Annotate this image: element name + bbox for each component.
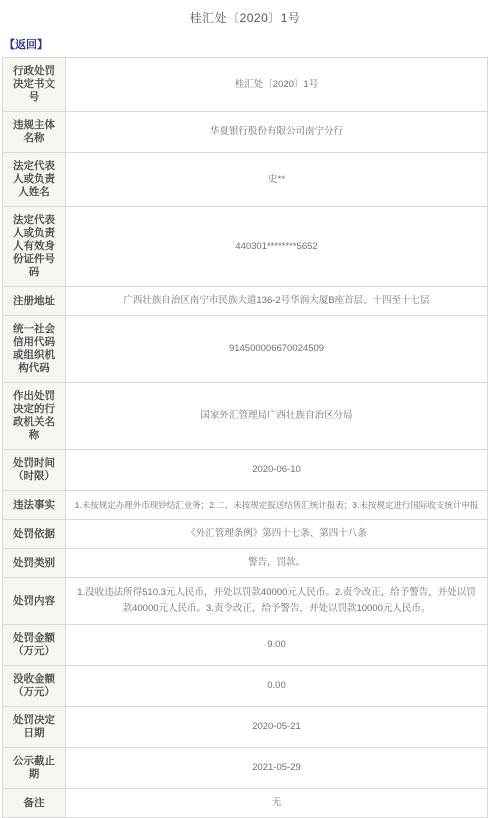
row-penalty-category: 处罚类别 警告，罚款。 <box>3 549 488 578</box>
row-penalty-category-label: 处罚类别 <box>3 549 66 578</box>
row-penalty-content-value: 1.没收违法所得510.3元人民币，并处以罚款40000元人民币。2.责令改正，… <box>66 578 488 625</box>
back-link[interactable]: 【返回】 <box>4 36 48 52</box>
row-penalty-time-value: 2020-06-10 <box>66 450 488 491</box>
row-authority-name-label: 作出处罚决定的行政机关名称 <box>3 383 66 450</box>
row-authority-name: 作出处罚决定的行政机关名称 国家外汇管理局广西壮族自治区分局 <box>3 383 488 450</box>
row-credit-code: 统一社会信用代码或组织机构代码 914500006670024509 <box>3 316 488 383</box>
row-penalty-time: 处罚时间（时限） 2020-06-10 <box>3 450 488 491</box>
row-penalty-amount-value: 9.00 <box>66 625 488 666</box>
row-decision-date-label: 处罚决定日期 <box>3 707 66 748</box>
row-entity-name-label: 违规主体名称 <box>3 112 66 153</box>
row-violation-facts: 违法事实 1.未按规定办理外币现钞结汇业务；2.二、未按规定报送结售汇统计报表；… <box>3 491 488 520</box>
row-entity-name-value: 华夏银行股份有限公司南宁分行 <box>66 112 488 153</box>
row-penalty-category-value: 警告，罚款。 <box>66 549 488 578</box>
row-legal-rep-name-label: 法定代表人或负责人姓名 <box>3 153 66 207</box>
row-publicity-deadline-value: 2021-05-29 <box>66 748 488 789</box>
page-title: 桂汇处〔2020〕1号 <box>0 0 490 32</box>
row-credit-code-label: 统一社会信用代码或组织机构代码 <box>3 316 66 383</box>
row-confiscation-amount: 没收金额（万元） 0.00 <box>3 666 488 707</box>
row-legal-rep-id-label: 法定代表人或负责人有效身份证件号码 <box>3 207 66 287</box>
row-doc-number-label: 行政处罚决定书文号 <box>3 58 66 112</box>
back-row: 【返回】 <box>0 32 490 57</box>
row-violation-facts-label: 违法事实 <box>3 491 66 520</box>
row-legal-rep-name-value: 史** <box>66 153 488 207</box>
row-penalty-basis-value: 《外汇管理条例》第四十七条、第四十八条 <box>66 520 488 549</box>
row-confiscation-amount-label: 没收金额（万元） <box>3 666 66 707</box>
row-registered-address: 注册地址 广西壮族自治区南宁市民族大道136-2号华润大厦B座首层、十四至十七层 <box>3 287 488 316</box>
row-registered-address-label: 注册地址 <box>3 287 66 316</box>
row-decision-date-value: 2020-05-21 <box>66 707 488 748</box>
row-credit-code-value: 914500006670024509 <box>66 316 488 383</box>
row-authority-name-value: 国家外汇管理局广西壮族自治区分局 <box>66 383 488 450</box>
row-registered-address-value: 广西壮族自治区南宁市民族大道136-2号华润大厦B座首层、十四至十七层 <box>66 287 488 316</box>
penalty-record-page: 桂汇处〔2020〕1号 【返回】 行政处罚决定书文号 桂汇处〔2020〕1号 违… <box>0 0 490 818</box>
row-penalty-amount-label: 处罚金额（万元） <box>3 625 66 666</box>
row-violation-facts-value: 1.未按规定办理外币现钞结汇业务；2.二、未按规定报送结售汇统计报表；3.未按规… <box>66 491 488 520</box>
row-penalty-basis: 处罚依据 《外汇管理条例》第四十七条、第四十八条 <box>3 520 488 549</box>
row-confiscation-amount-value: 0.00 <box>66 666 488 707</box>
row-entity-name: 违规主体名称 华夏银行股份有限公司南宁分行 <box>3 112 488 153</box>
row-remarks: 备注 无 <box>3 789 488 818</box>
row-remarks-value: 无 <box>66 789 488 818</box>
row-penalty-content: 处罚内容 1.没收违法所得510.3元人民币，并处以罚款40000元人民币。2.… <box>3 578 488 625</box>
row-doc-number-value: 桂汇处〔2020〕1号 <box>66 58 488 112</box>
row-publicity-deadline-label: 公示截止期 <box>3 748 66 789</box>
row-penalty-basis-label: 处罚依据 <box>3 520 66 549</box>
row-penalty-time-label: 处罚时间（时限） <box>3 450 66 491</box>
row-legal-rep-id: 法定代表人或负责人有效身份证件号码 440301********5652 <box>3 207 488 287</box>
row-penalty-content-label: 处罚内容 <box>3 578 66 625</box>
row-remarks-label: 备注 <box>3 789 66 818</box>
row-penalty-amount: 处罚金额（万元） 9.00 <box>3 625 488 666</box>
row-legal-rep-name: 法定代表人或负责人姓名 史** <box>3 153 488 207</box>
row-publicity-deadline: 公示截止期 2021-05-29 <box>3 748 488 789</box>
row-decision-date: 处罚决定日期 2020-05-21 <box>3 707 488 748</box>
penalty-detail-table: 行政处罚决定书文号 桂汇处〔2020〕1号 违规主体名称 华夏银行股份有限公司南… <box>2 57 488 818</box>
row-doc-number: 行政处罚决定书文号 桂汇处〔2020〕1号 <box>3 58 488 112</box>
row-legal-rep-id-value: 440301********5652 <box>66 207 488 287</box>
